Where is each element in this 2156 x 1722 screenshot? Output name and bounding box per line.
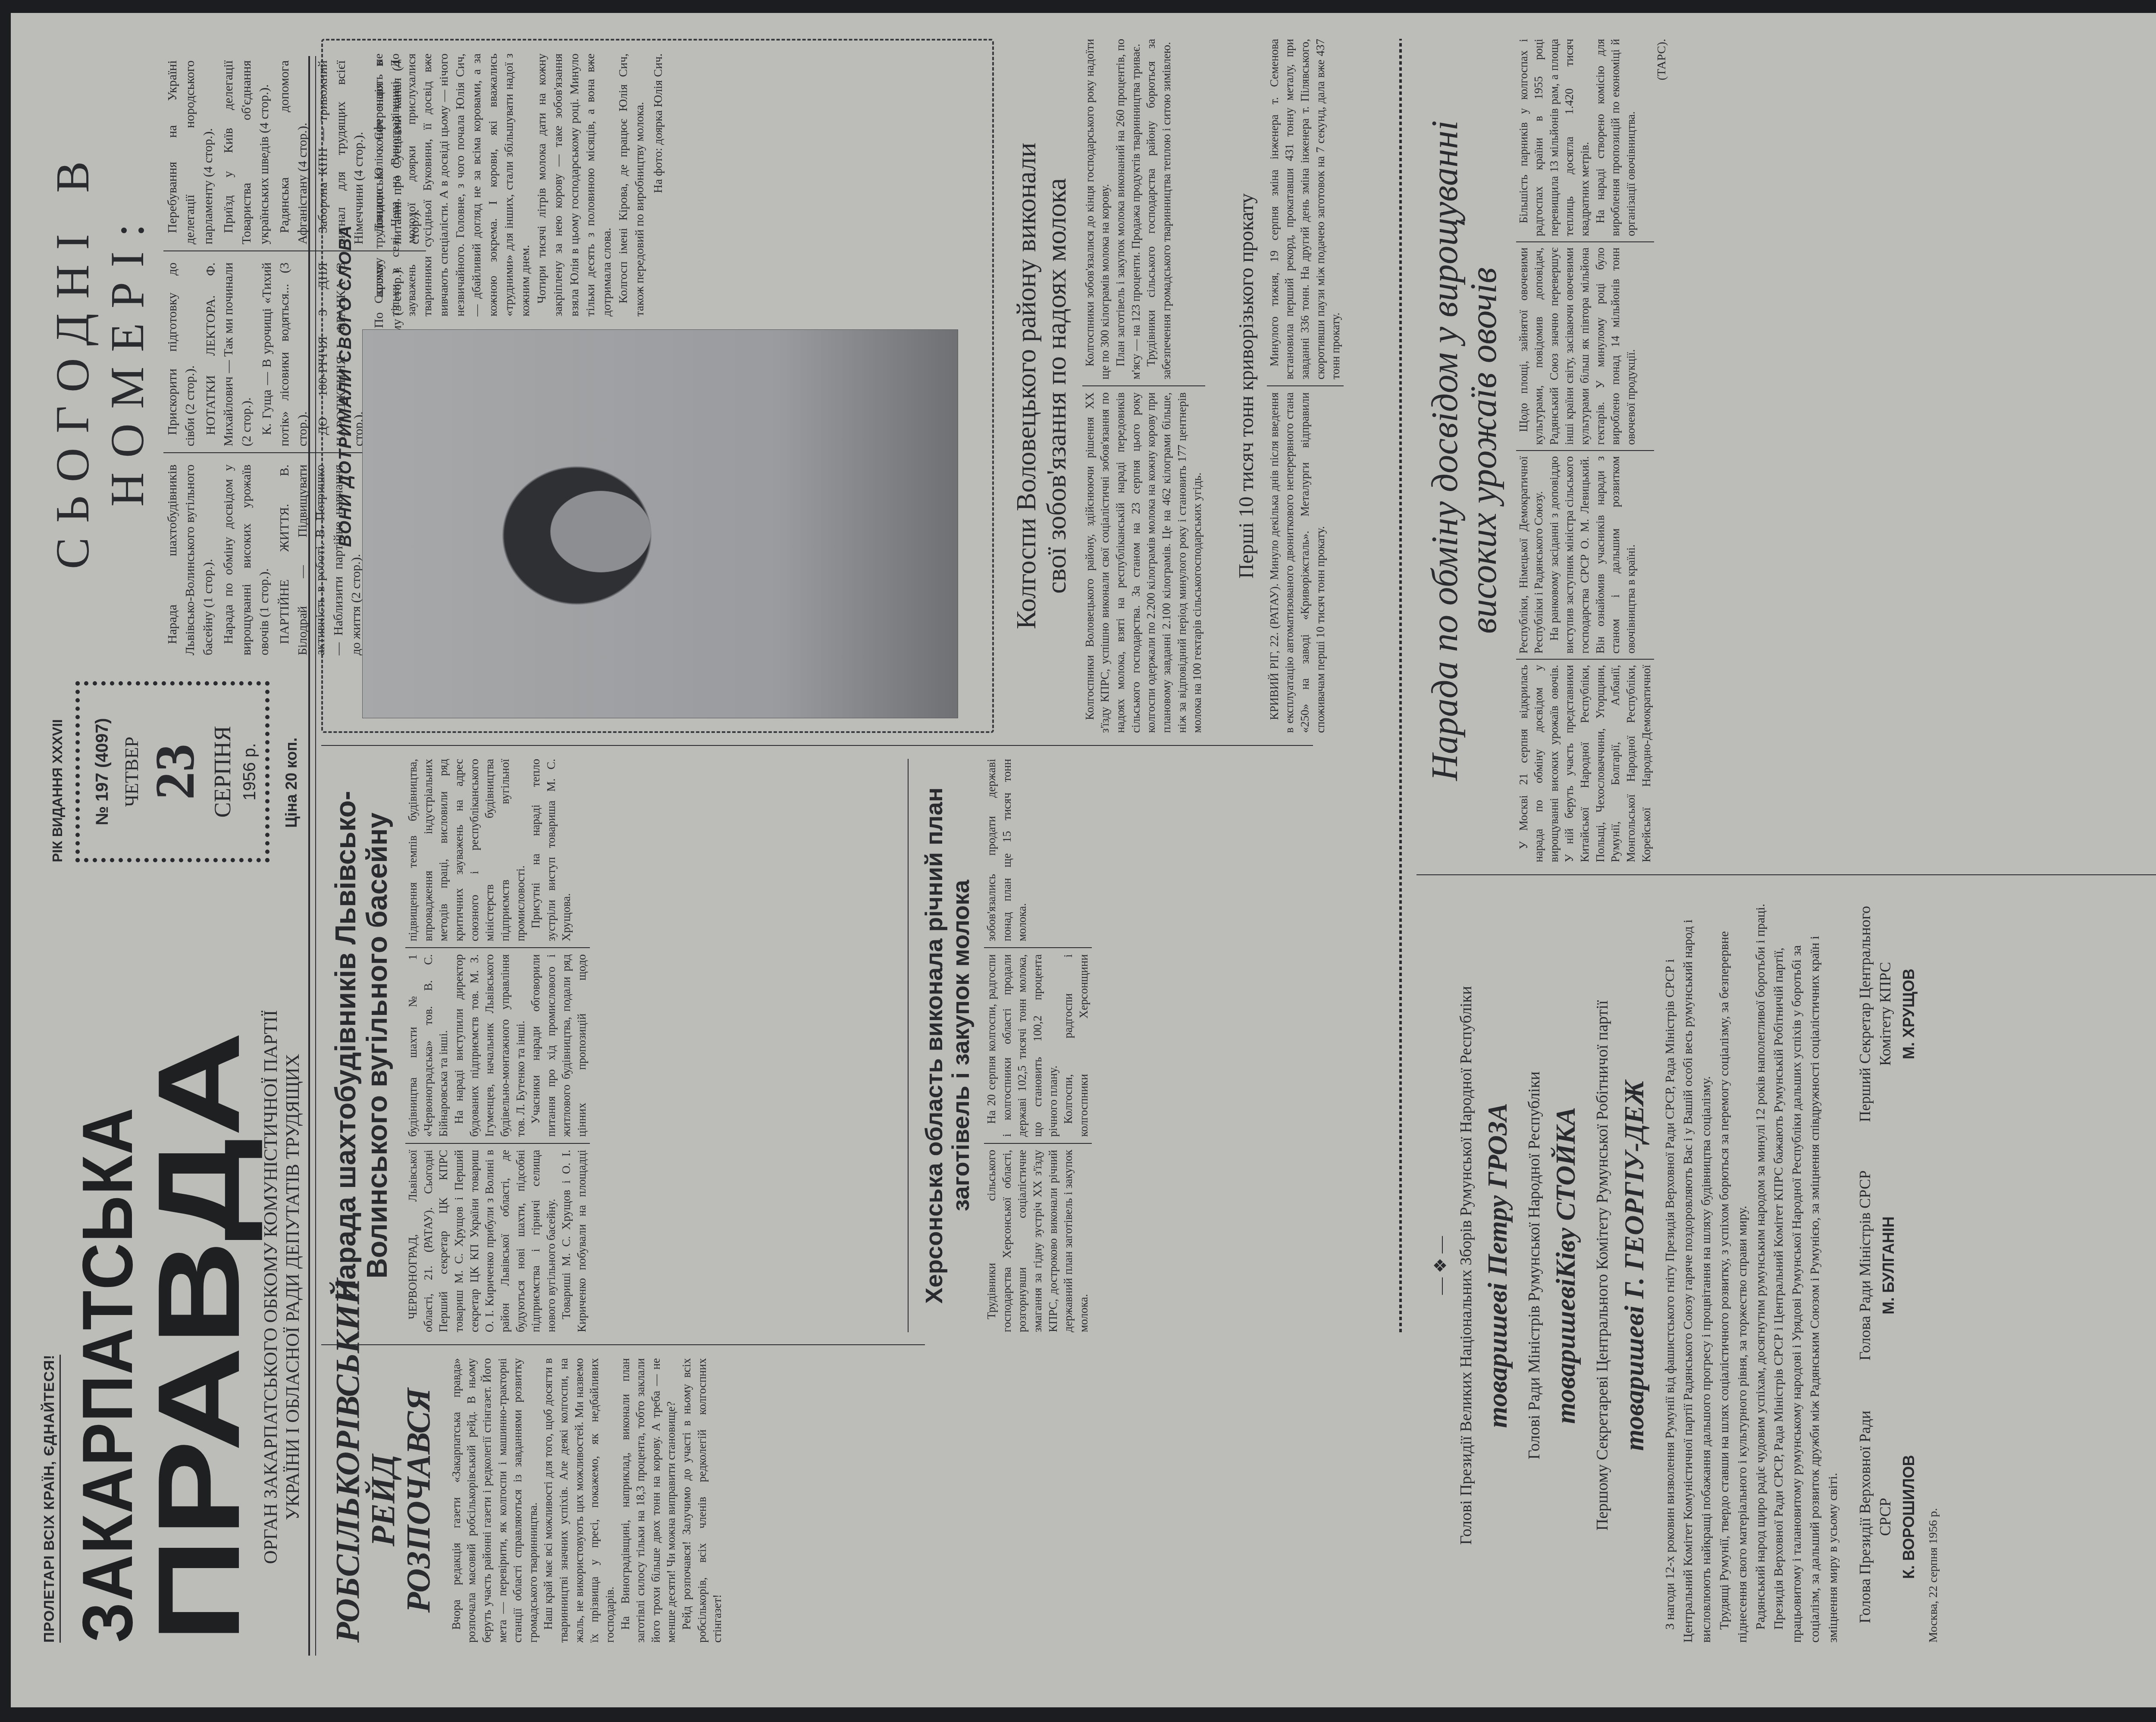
paragraph: Президія Верховної Ради СРСР, Рада Мініс… [1770, 888, 1842, 1643]
paragraph: КРИВИЙ РІГ, 22. (РАТАУ). Минуло декілька… [1267, 392, 1329, 733]
body-area: РОБСІЛЬКОРІВСЬКИЙ РЕЙД РОЗПОЧАВСЯ Вчора … [321, 56, 2156, 1643]
wavy-divider [1399, 39, 1402, 1332]
raid-body: Вчора редакція газети «Закарпатська прав… [449, 1358, 725, 1643]
article-raid: РОБСІЛЬКОРІВСЬКИЙ РЕЙД РОЗПОЧАВСЯ Вчора … [330, 1358, 725, 1643]
paragraph: На нараді створено комісію для виробленн… [1593, 39, 1639, 236]
paragraph: Чотири тисячі літрів молока дати на кожн… [534, 53, 615, 316]
index-title: СЬОГОДНІ В НОМЕРІ: [45, 60, 155, 655]
photo-feature: ВОНИ ДОТРИМАЛИ СВОГО СЛОВА Скромну труді… [321, 39, 994, 733]
recipient-name: товаришевіКіву СТОЙКА [1548, 888, 1584, 1643]
kryvyi-rih-headline: Перші 10 тисяч тонн криворізького прокат… [1235, 39, 1258, 733]
paragraph: Трудящі Румунії, твердо ставши на шлях с… [1715, 888, 1752, 1643]
paragraph: На нараді виступили директор будованих п… [451, 954, 528, 1137]
column-divider [1416, 874, 2156, 875]
article-volovets: Колгоспи Воловецького району виконали св… [1011, 39, 1205, 733]
paragraph: На Виноградівщині, наприклад, виконали п… [618, 1358, 680, 1643]
section-rule [908, 759, 909, 1332]
paragraph: ЧЕРВОНОГРАД, Львівської області, 21. (РА… [405, 1150, 559, 1332]
volovets-body: Колгоспники Воловецького району, здійсню… [1082, 39, 1205, 733]
signature-role: Голова Президії Верховної Ради СРСР [1855, 1391, 1896, 1643]
vegetables-body: У Москві 21 серпня відкрилась нарада по … [1516, 39, 1655, 862]
weekday: ЧЕТВЕР [121, 686, 143, 858]
organ-subtitle: ОРГАН ЗАКАРПАТСЬКОГО ОБКОМУ КОМУНІСТИЧНО… [260, 931, 304, 1643]
paragraph: На ранковому засіданні з доповіддю висту… [1547, 456, 1639, 654]
dateline: Москва, 22 серпня 1956 р. [1926, 888, 1942, 1643]
index-item[interactable]: Радянська допомога Афганістану (4 стор.)… [276, 60, 311, 244]
year-of-publication: РІК ВИДАННЯ XXXVII [50, 719, 66, 862]
index-item[interactable]: НОТАТКИ ЛЕКТОРА. Ф. Михайлович — Так ми … [202, 263, 255, 447]
signature-name: М. БУЛГАНІН [1879, 1140, 1899, 1391]
column-divider [321, 1344, 925, 1345]
greeting-signatures: Голова Президії Верховної Ради СРСРК. ВО… [1855, 888, 1919, 1643]
issue-number: № 197 (4097) [93, 686, 112, 858]
kherson-body: Трудівники сільського господарства Херсо… [984, 759, 1091, 1332]
agency-credit: (ТАРС). [1654, 39, 1670, 862]
ornament-icon: — ❖ — [1429, 888, 1452, 1643]
index-item[interactable]: К. Гуща — В урочищі «Тихий потік» лісови… [258, 263, 311, 447]
signature: Голова Президії Верховної Ради СРСРК. ВО… [1855, 1391, 1919, 1643]
paragraph: Колгосп імені Кірова, де працює Юлія Сич… [615, 53, 648, 316]
article-greetings: — ❖ — Голові Президії Великих Національн… [1425, 888, 1942, 1643]
slogan: ПРОЛЕТАРІ ВСІХ КРАЇН, ЄДНАЙТЕСЯ! [41, 1355, 61, 1643]
newspaper-page: ПРОЛЕТАРІ ВСІХ КРАЇН, ЄДНАЙТЕСЯ! РІК ВИД… [11, 13, 2156, 1707]
masthead-rule [308, 56, 316, 1656]
photo-credit: На фото: доярка Юлія Сич. [652, 53, 665, 316]
paragraph: Рейд розпочався! Залучимо до участі в нь… [679, 1358, 725, 1643]
paragraph: Минулого тижня, 19 серпня зміна інженера… [1267, 39, 1344, 379]
article-miners: Нарада шахтобудівників Львівсько- Волинс… [330, 759, 590, 1332]
article-vegetables: Нарада по обміну досвідом у вирощуванні … [1425, 39, 1670, 862]
paragraph: Наш край має всі можливості для того, що… [541, 1358, 617, 1643]
photo-caption: Скромну трудівницю Юлію Сич знають не ті… [371, 53, 648, 316]
paragraph: Радянський народ щиро радіє чудовим успі… [1752, 888, 1770, 1643]
recipient-title: Голові Президії Великих Національних Збо… [1457, 888, 1476, 1643]
index-item[interactable]: Приїзд у Київ делегації Товариства об'єд… [219, 60, 273, 244]
kryvyi-rih-body: КРИВИЙ РІГ, 22. (РАТАУ). Минуло декілька… [1267, 39, 1344, 733]
recipient-title: Першому Секретареві Центрального Комітет… [1593, 888, 1613, 1643]
kherson-headline: Херсонська область виконала річний план … [921, 759, 974, 1332]
month: СЕРПНЯ [209, 686, 236, 858]
portrait-photo [362, 329, 958, 718]
paragraph: Колгоспники Воловецького району, здійсню… [1082, 392, 1205, 733]
recipient-name: товаришеві Петру ГРОЗА [1479, 888, 1516, 1643]
raid-headline: РОБСІЛЬКОРІВСЬКИЙ РЕЙД РОЗПОЧАВСЯ [330, 1358, 436, 1643]
signature-name: К. ВОРОШИЛОВ [1899, 1391, 1919, 1643]
day: 23 [147, 686, 203, 858]
paragraph: План заготівель і закупок молока виконан… [1113, 39, 1144, 379]
miners-body: ЧЕРВОНОГРАД, Львівської області, 21. (РА… [405, 759, 590, 1332]
year: 1956 р. [240, 686, 260, 858]
photo-feature-title: ВОНИ ДОТРИМАЛИ СВОГО СЛОВА [336, 53, 355, 718]
title-line-1: ЗАКАРПАТСЬКА [75, 867, 140, 1643]
signature: Перший Секретар Центрального Комітету КП… [1855, 888, 1919, 1140]
paragraph: Колгоспники зобов'язалися до кінця госпо… [1082, 39, 1113, 379]
paragraph: Більшість парників у колгоспах і радгосп… [1516, 39, 1593, 236]
vegetables-headline: Нарада по обміну досвідом у вирощуванні … [1425, 39, 1503, 862]
index-item[interactable]: Нарада шахтобудівників Львівсько-Волинсь… [163, 464, 217, 655]
article-kherson: Херсонська область виконала річний план … [921, 759, 1092, 1332]
paragraph: На 20 серпня колгоспи, радгоспи і колгос… [984, 954, 1061, 1137]
recipient-name: товаришеві Г. ГЕОРГІУ-ДЕЖ [1616, 888, 1652, 1643]
paragraph: З нагоди 12-х роковин визволення Румунії… [1661, 888, 1715, 1643]
miners-headline: Нарада шахтобудівників Львівсько- Волинс… [330, 759, 392, 1332]
signature-role: Голова Ради Міністрів СРСР [1855, 1140, 1875, 1391]
masthead: ЗАКАРПАТСЬКА ПРАВДА ОРГАН ЗАКАРПАТСЬКОГО… [75, 867, 304, 1643]
index-item[interactable]: Прискорити підготовку до сівби (2 стор.)… [163, 263, 199, 447]
paragraph: Трудівники сільського господарства район… [1144, 39, 1174, 379]
issue-box: № 197 (4097) ЧЕТВЕР 23 СЕРПНЯ 1956 р. [75, 681, 269, 862]
paragraph: Скромну трудівницю Юлію Сич знають не ті… [371, 53, 534, 316]
index-item[interactable]: Перебування на Україні делегації нородсь… [163, 60, 217, 244]
greeting-body: З нагоди 12-х роковин визволення Румунії… [1661, 888, 1842, 1643]
column-divider [321, 745, 1313, 746]
volovets-headline: Колгоспи Воловецького району виконали св… [1011, 39, 1072, 733]
greeting-recipients: Голові Президії Великих Національних Збо… [1457, 888, 1652, 1643]
paragraph: Присутні на нараді тепло зустріли виступ… [528, 759, 574, 941]
paragraph: Вчора редакція газети «Закарпатська прав… [449, 1358, 541, 1643]
signature-name: М. ХРУЩОВ [1899, 888, 1919, 1140]
recipient-title: Голові Ради Міністрів Румунської Народно… [1525, 888, 1545, 1643]
paragraph: Трудівники сільського господарства Херсо… [984, 1150, 1091, 1332]
paragraph: Щодо площі, зайнятої овочевими культурам… [1516, 247, 1639, 445]
price: Ціна 20 коп. [282, 738, 301, 828]
signature: Голова Ради Міністрів СРСРМ. БУЛГАНІН [1855, 1140, 1919, 1391]
signature-role: Перший Секретар Центрального Комітету КП… [1855, 888, 1896, 1140]
index-item[interactable]: Нарада по обміну досвідом у вирощуванні … [219, 464, 273, 655]
article-kryvyi-rih: Перші 10 тисяч тонн криворізького прокат… [1235, 39, 1344, 733]
